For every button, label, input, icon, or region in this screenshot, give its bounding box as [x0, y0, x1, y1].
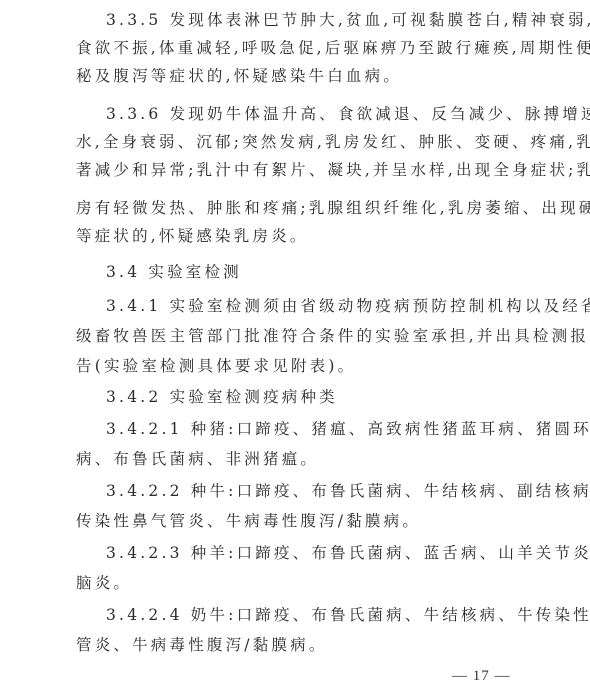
text-line: 告(实验室检测具体要求见附表)。 [76, 356, 516, 376]
page-number: — 17 — [452, 668, 511, 685]
text-line: 级畜牧兽医主管部门批准符合条件的实验室承担,并出具检测报 [76, 326, 516, 346]
text-line: 3.4.2 实验室检测疫病种类 [106, 387, 516, 407]
text-line: 水,全身衰弱、沉郁;突然发病,乳房发红、肿胀、变硬、疼痛,乳汁显 [76, 132, 516, 152]
text-line: 管炎、牛病毒性腹泻/黏膜病。 [76, 635, 516, 655]
text-line: 3.4.2.1 种猪:口蹄疫、猪瘟、高致病性猪蓝耳病、猪圆环病毒 [106, 419, 516, 439]
text-line: 秘及腹泻等症状的,怀疑感染牛白血病。 [76, 66, 516, 86]
document-page: 3.3.5 发现体表淋巴节肿大,贫血,可视黏膜苍白,精神衰弱,食欲不振,体重减轻… [0, 0, 590, 694]
text-line: 等症状的,怀疑感染乳房炎。 [76, 226, 516, 246]
text-line: 3.4.1 实验室检测须由省级动物疫病预防控制机构以及经省 [106, 296, 516, 316]
text-line: 3.4.2.3 种羊:口蹄疫、布鲁氏菌病、蓝舌病、山羊关节炎 [106, 543, 516, 563]
text-line: 3.4 实验室检测 [106, 262, 516, 282]
text-line: 房有轻微发热、肿胀和疼痛;乳腺组织纤维化,乳房萎缩、出现硬结 [76, 198, 516, 218]
text-line: 食欲不振,体重减轻,呼吸急促,后驱麻痹乃至跛行瘫痪,周期性便 [76, 38, 516, 58]
text-line: 3.3.5 发现体表淋巴节肿大,贫血,可视黏膜苍白,精神衰弱, [106, 10, 516, 30]
text-line: 3.3.6 发现奶牛体温升高、食欲减退、反刍减少、脉搏增速、脱 [106, 104, 516, 124]
text-line: 3.4.2.2 种牛:口蹄疫、布鲁氏菌病、牛结核病、副结核病、牛 [106, 481, 516, 501]
text-line: 病、布鲁氏菌病、非洲猪瘟。 [76, 449, 516, 469]
text-line: 传染性鼻气管炎、牛病毒性腹泻/黏膜病。 [76, 511, 516, 531]
text-line: 3.4.2.4 奶牛:口蹄疫、布鲁氏菌病、牛结核病、牛传染性鼻气 [106, 605, 516, 625]
text-line: 著减少和异常;乳汁中有絮片、凝块,并呈水样,出现全身症状;乳 [76, 160, 516, 180]
text-line: 脑炎。 [76, 573, 516, 593]
